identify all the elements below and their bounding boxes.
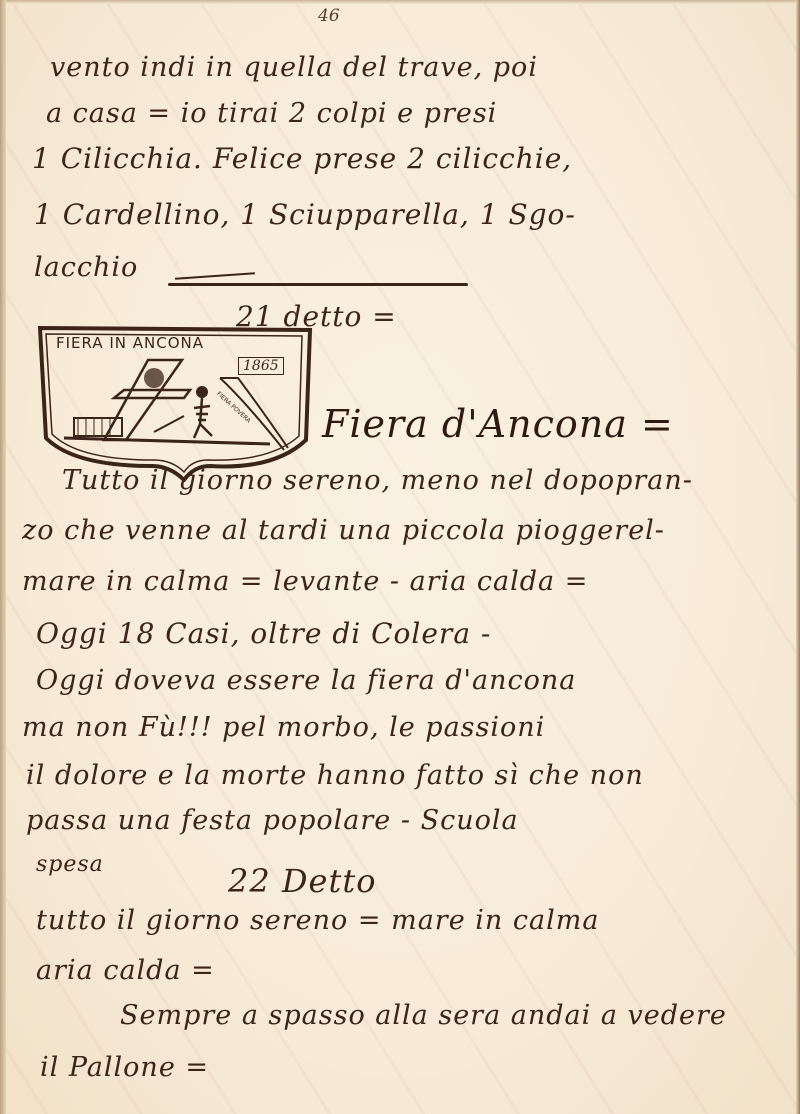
text-line: Tutto il giorno sereno, meno nel dopopra… [62,465,693,496]
flourish-rule [175,272,255,280]
text-line: Sempre a spasso alla sera andai a vedere [120,1000,727,1031]
text-line: aria calda = [36,955,215,986]
text-line: ma non Fù!!! pel morbo, le passioni [22,712,545,743]
folio-number: 46 [318,6,340,26]
page-edge-right [796,0,800,1114]
text-line: il dolore e la morte hanno fatto sì che … [26,760,644,791]
page-edge-left [0,0,6,1114]
emblem-year: 1865 [238,357,284,375]
text-line: tutto il giorno sereno = mare in calma [36,905,599,936]
text-line: mare in calma = levante - aria calda = [22,566,588,597]
text-line: zo che venne al tardi una piccola piogge… [22,515,665,546]
text-line: 1 Cardellino, 1 Sciupparella, 1 Sgo- [34,198,576,231]
text-line: passa una festa popolare - Scuola [26,805,519,836]
text-line: lacchio [34,252,138,283]
section-divider-rule [168,283,468,286]
section-heading: Fiera d'Ancona = [322,402,674,446]
text-line: 1 Cilicchia. Felice prese 2 cilicchie, [32,142,572,175]
text-line: spesa [36,852,104,877]
text-line: Oggi doveva essere la fiera d'ancona [36,665,576,696]
text-line: vento indi in quella del trave, poi [50,52,538,83]
text-line: a casa = io tirai 2 colpi e presi [46,98,497,129]
date-heading: 22 Detto [228,862,376,900]
fiera-emblem-drawing: FIERA IN ANCONA 1865 FIERA POVERA [34,320,318,482]
emblem-title: FIERA IN ANCONA [56,334,204,352]
text-line: Oggi 18 Casi, oltre di Colera - [36,617,491,650]
page-edge-top [0,0,800,4]
text-line: il Pallone = [40,1052,209,1083]
manuscript-page: 46 vento indi in quella del trave, poi a… [0,0,800,1114]
